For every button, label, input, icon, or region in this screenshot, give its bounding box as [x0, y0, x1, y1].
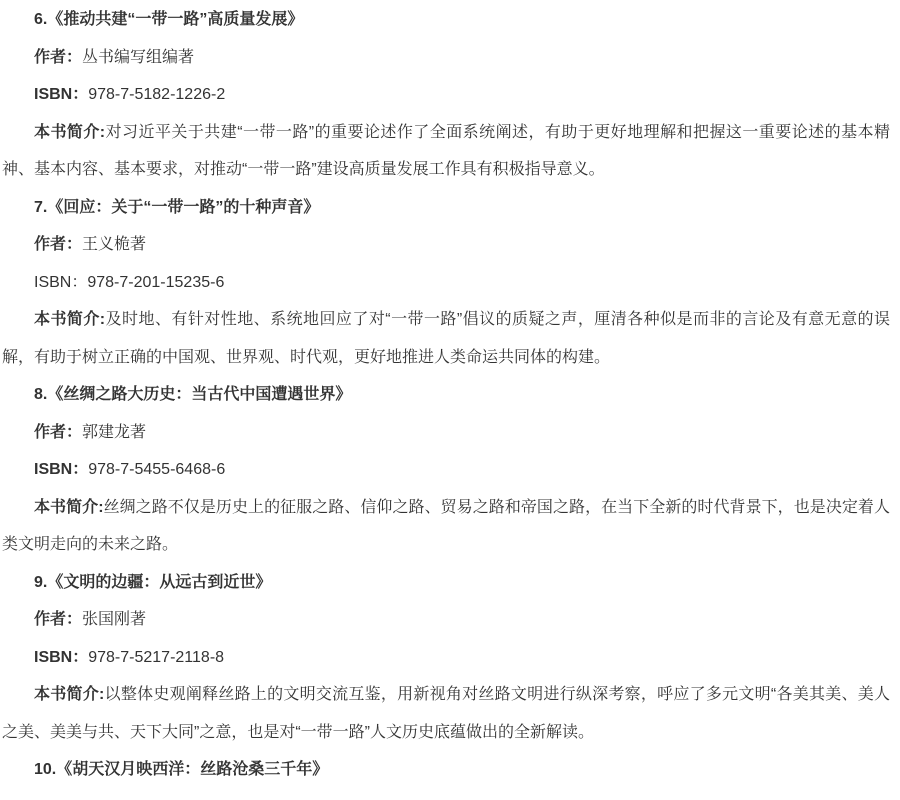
- isbn-line: ISBN：978-7-201-15235-6: [2, 264, 890, 302]
- intro-label: 本书简介:: [34, 686, 104, 703]
- book-entry: 7.《回应：关于“一带一路”的十种声音》 作者：王义桅著 ISBN：978-7-…: [2, 189, 890, 377]
- intro-line: 本书简介:丝绸之路不仅是历史上的征服之路、信仰之路、贸易之路和帝国之路，在当下全…: [2, 489, 890, 564]
- intro-text: 丝绸之路不仅是历史上的征服之路、信仰之路、贸易之路和帝国之路，在当下全新的时代背…: [2, 499, 890, 554]
- isbn-label: ISBN：: [34, 86, 88, 103]
- isbn-line: ISBN：978-7-5455-6468-6: [2, 451, 890, 489]
- intro-text: 对习近平关于共建“一带一路”的重要论述作了全面系统阐述，有助于更好地理解和把握这…: [2, 124, 890, 179]
- author-value: 张国刚著: [82, 611, 146, 628]
- intro-label: 本书简介:: [34, 124, 105, 141]
- intro-line: 本书简介:及时地、有针对性地、系统地回应了对“一带一路”倡议的质疑之声，厘清各种…: [2, 301, 890, 376]
- author-label: 作者：: [34, 611, 82, 628]
- author-line: 作者：丛书编写组编著: [2, 39, 890, 77]
- book-entry: 6.《推动共建“一带一路”高质量发展》 作者：丛书编写组编著 ISBN：978-…: [2, 1, 890, 189]
- intro-text: 以整体史观阐释丝路上的文明交流互鉴，用新视角对丝路文明进行纵深考察，呼应了多元文…: [2, 686, 890, 741]
- intro-label: 本书简介:: [34, 311, 105, 328]
- isbn-label: ISBN：: [34, 461, 88, 478]
- intro-line: 本书简介:以整体史观阐释丝路上的文明交流互鉴，用新视角对丝路文明进行纵深考察，呼…: [2, 676, 890, 751]
- isbn-value: 978-7-201-15235-6: [87, 274, 224, 291]
- book-title: 10.《胡天汉月映西洋：丝路沧桑三千年》: [2, 751, 890, 789]
- author-label: 作者：: [34, 236, 82, 253]
- book-title: 8.《丝绸之路大历史：当古代中国遭遇世界》: [2, 376, 890, 414]
- isbn-label: ISBN：: [34, 649, 88, 666]
- author-line: 作者：张国刚著: [2, 601, 890, 639]
- book-list-document: 6.《推动共建“一带一路”高质量发展》 作者：丛书编写组编著 ISBN：978-…: [0, 0, 900, 789]
- book-entry: 9.《文明的边疆：从远古到近世》 作者：张国刚著 ISBN：978-7-5217…: [2, 564, 890, 752]
- author-line: 作者：王义桅著: [2, 226, 890, 264]
- author-value: 王义桅著: [82, 236, 146, 253]
- isbn-value: 978-7-5182-1226-2: [88, 86, 225, 103]
- book-entry: 8.《丝绸之路大历史：当古代中国遭遇世界》 作者：郭建龙著 ISBN：978-7…: [2, 376, 890, 564]
- intro-text: 及时地、有针对性地、系统地回应了对“一带一路”倡议的质疑之声，厘清各种似是而非的…: [2, 311, 890, 366]
- author-label: 作者：: [34, 49, 82, 66]
- book-title: 6.《推动共建“一带一路”高质量发展》: [2, 1, 890, 39]
- isbn-line: ISBN：978-7-5182-1226-2: [2, 76, 890, 114]
- book-title: 7.《回应：关于“一带一路”的十种声音》: [2, 189, 890, 227]
- isbn-label: ISBN：: [34, 274, 87, 291]
- author-line: 作者：郭建龙著: [2, 414, 890, 452]
- author-value: 郭建龙著: [82, 424, 146, 441]
- isbn-value: 978-7-5455-6468-6: [88, 461, 225, 478]
- intro-line: 本书简介:对习近平关于共建“一带一路”的重要论述作了全面系统阐述，有助于更好地理…: [2, 114, 890, 189]
- book-title: 9.《文明的边疆：从远古到近世》: [2, 564, 890, 602]
- book-entry: 10.《胡天汉月映西洋：丝路沧桑三千年》: [2, 751, 890, 789]
- isbn-line: ISBN：978-7-5217-2118-8: [2, 639, 890, 677]
- intro-label: 本书简介:: [34, 499, 104, 516]
- isbn-value: 978-7-5217-2118-8: [88, 649, 224, 666]
- author-value: 丛书编写组编著: [82, 49, 194, 66]
- author-label: 作者：: [34, 424, 82, 441]
